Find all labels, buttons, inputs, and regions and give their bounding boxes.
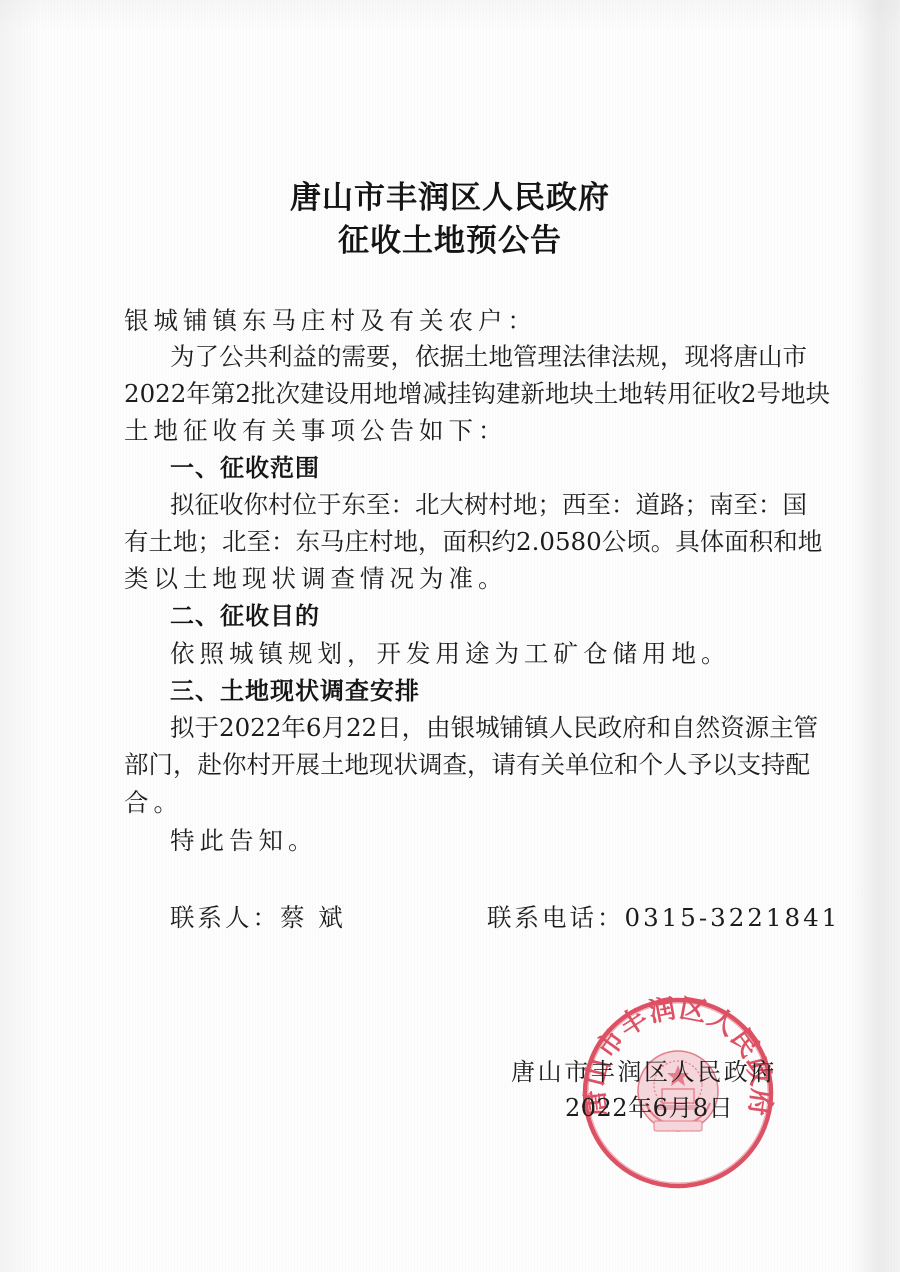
intro-line-2: 2022年第2批次建设用地增减挂钩建新地块土地转用征收2号地块	[124, 379, 790, 409]
scanned-page: 唐山市丰润区人民政府 征收土地预公告 银城铺镇东马庄村及有关农户： 为了公共利益…	[0, 0, 900, 1272]
contact-person: 联系人：蔡 斌	[170, 903, 346, 933]
contact-phone: 联系电话：0315-3221841	[487, 903, 840, 933]
survey-line-1: 拟于2022年6月22日，由银城铺镇人民政府和自然资源主管	[170, 713, 790, 743]
survey-line-2: 部门，赴你村开展土地现状调查，请有关单位和个人予以支持配	[124, 750, 790, 780]
closing-text: 特此告知。	[170, 826, 318, 856]
contact-phone-label: 联系电话：	[487, 903, 625, 932]
signature-organization: 唐山市丰润区人民政府	[511, 1057, 777, 1087]
document-title-issuer: 唐山市丰润区人民政府	[0, 172, 900, 217]
signature-date: 2022年6月8日	[565, 1093, 733, 1123]
document-title: 征收土地预公告	[0, 215, 900, 260]
intro-line-1: 为了公共利益的需要，依据土地管理法律法规，现将唐山市	[170, 342, 790, 372]
section-heading-survey: 三、土地现状调查安排	[170, 676, 420, 706]
section-heading-scope: 一、征收范围	[170, 453, 320, 483]
scope-line-1: 拟征收你村位于东至：北大树村地；西至：道路；南至：国	[170, 490, 790, 520]
scope-line-2: 有土地；北至：东马庄村地，面积约2.0580公顷。具体面积和地	[124, 527, 790, 557]
purpose-line-1: 依照城镇规划，开发用途为工矿仓储用地。	[170, 639, 731, 669]
contact-person-name: 蔡 斌	[280, 903, 346, 932]
section-heading-purpose: 二、征收目的	[170, 601, 320, 631]
contact-person-label: 联系人：	[170, 903, 280, 932]
salutation: 银城铺镇东马庄村及有关农户：	[124, 306, 537, 336]
contact-phone-number: 0315-3221841	[625, 903, 841, 932]
scope-line-3: 类以土地现状调查情况为准。	[124, 564, 508, 594]
survey-line-3: 合。	[124, 788, 183, 818]
intro-line-3: 土地征收有关事项公告如下：	[124, 416, 508, 446]
